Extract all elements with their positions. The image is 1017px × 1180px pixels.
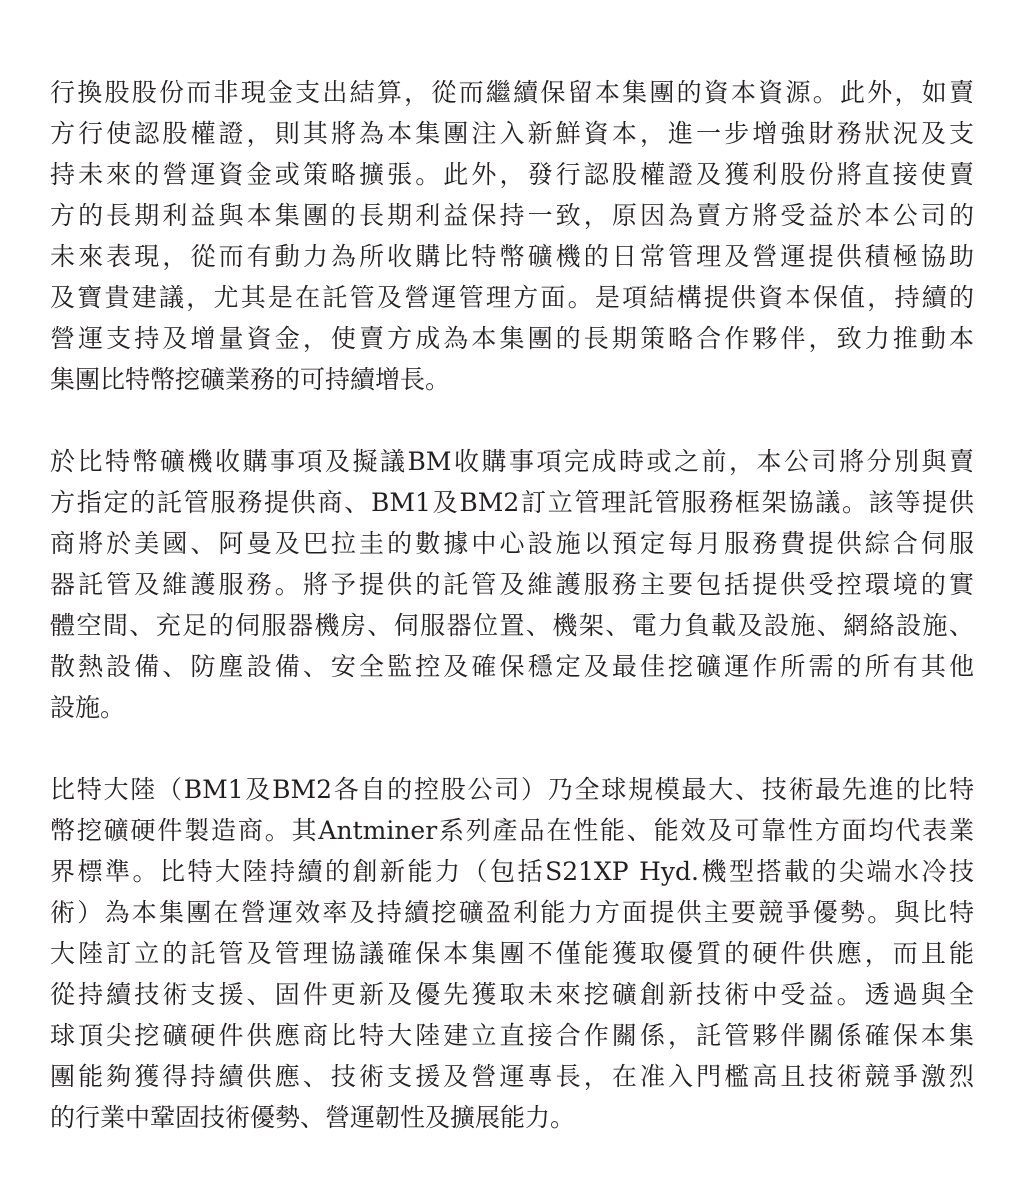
text-line: 團能夠獲得持續供應、技術支援及營運專長，在准入門檻高且技術競爭激烈 bbox=[50, 1056, 974, 1097]
text-line: 幣挖礦硬件製造商。其Antminer系列產品在性能、能效及可靠性方面均代表業 bbox=[50, 810, 974, 851]
text-line: 術）為本集團在營運效率及持續挖礦盈利能力方面提供主要競爭優勢。與比特 bbox=[50, 892, 974, 933]
text-line: 的行業中鞏固技術優勢、營運韌性及擴展能力。 bbox=[50, 1097, 974, 1138]
text-line: 球頂尖挖礦硬件供應商比特大陸建立直接合作關係，託管夥伴關係確保本集 bbox=[50, 1015, 974, 1056]
paragraph-3: 比特大陸（BM1及BM2各自的控股公司）乃全球規模最大、技術最先進的比特 幣挖礦… bbox=[50, 769, 974, 1138]
paragraph-1: 行換股股份而非現金支出結算，從而繼續保留本集團的資本資源。此外，如賣 方行使認股… bbox=[50, 72, 974, 400]
text-line: 方的長期利益與本集團的長期利益保持一致，原因為賣方將受益於本公司的 bbox=[50, 195, 974, 236]
text-line: 體空間、充足的伺服器機房、伺服器位置、機架、電力負載及設施、網絡設施、 bbox=[50, 605, 974, 646]
text-line: 營運支持及增量資金，使賣方成為本集團的長期策略合作夥伴，致力推動本 bbox=[50, 318, 974, 359]
text-line: 散熱設備、防塵設備、安全監控及確保穩定及最佳挖礦運作所需的所有其他 bbox=[50, 646, 974, 687]
text-line: 界標準。比特大陸持續的創新能力（包括S21XP Hyd.機型搭載的尖端水冷技 bbox=[50, 851, 974, 892]
text-line: 大陸訂立的託管及管理協議確保本集團不僅能獲取優質的硬件供應，而且能 bbox=[50, 933, 974, 974]
text-line: 方行使認股權證，則其將為本集團注入新鮮資本，進一步增強財務狀況及支 bbox=[50, 113, 974, 154]
text-line: 及寶貴建議，尤其是在託管及營運管理方面。是項結構提供資本保值，持續的 bbox=[50, 277, 974, 318]
paragraph-2: 於比特幣礦機收購事項及擬議BM收購事項完成時或之前，本公司將分別與賣 方指定的託… bbox=[50, 441, 974, 728]
text-line: 從持續技術支援、固件更新及優先獲取未來挖礦創新技術中受益。透過與全 bbox=[50, 974, 974, 1015]
text-line: 比特大陸（BM1及BM2各自的控股公司）乃全球規模最大、技術最先進的比特 bbox=[50, 769, 974, 810]
text-line: 持未來的營運資金或策略擴張。此外，發行認股權證及獲利股份將直接使賣 bbox=[50, 154, 974, 195]
text-line: 於比特幣礦機收購事項及擬議BM收購事項完成時或之前，本公司將分別與賣 bbox=[50, 441, 974, 482]
text-line: 集團比特幣挖礦業務的可持續增長。 bbox=[50, 359, 974, 400]
text-line: 商將於美國、阿曼及巴拉圭的數據中心設施以預定每月服務費提供綜合伺服 bbox=[50, 523, 974, 564]
text-line: 行換股股份而非現金支出結算，從而繼續保留本集團的資本資源。此外，如賣 bbox=[50, 72, 974, 113]
text-line: 設施。 bbox=[50, 687, 974, 728]
text-line: 方指定的託管服務提供商、BM1及BM2訂立管理託管服務框架協議。該等提供 bbox=[50, 482, 974, 523]
text-line: 器託管及維護服務。將予提供的託管及維護服務主要包括提供受控環境的實 bbox=[50, 564, 974, 605]
text-line: 未來表現，從而有動力為所收購比特幣礦機的日常管理及營運提供積極協助 bbox=[50, 236, 974, 277]
document-body: 行換股股份而非現金支出結算，從而繼續保留本集團的資本資源。此外，如賣 方行使認股… bbox=[50, 72, 974, 1179]
